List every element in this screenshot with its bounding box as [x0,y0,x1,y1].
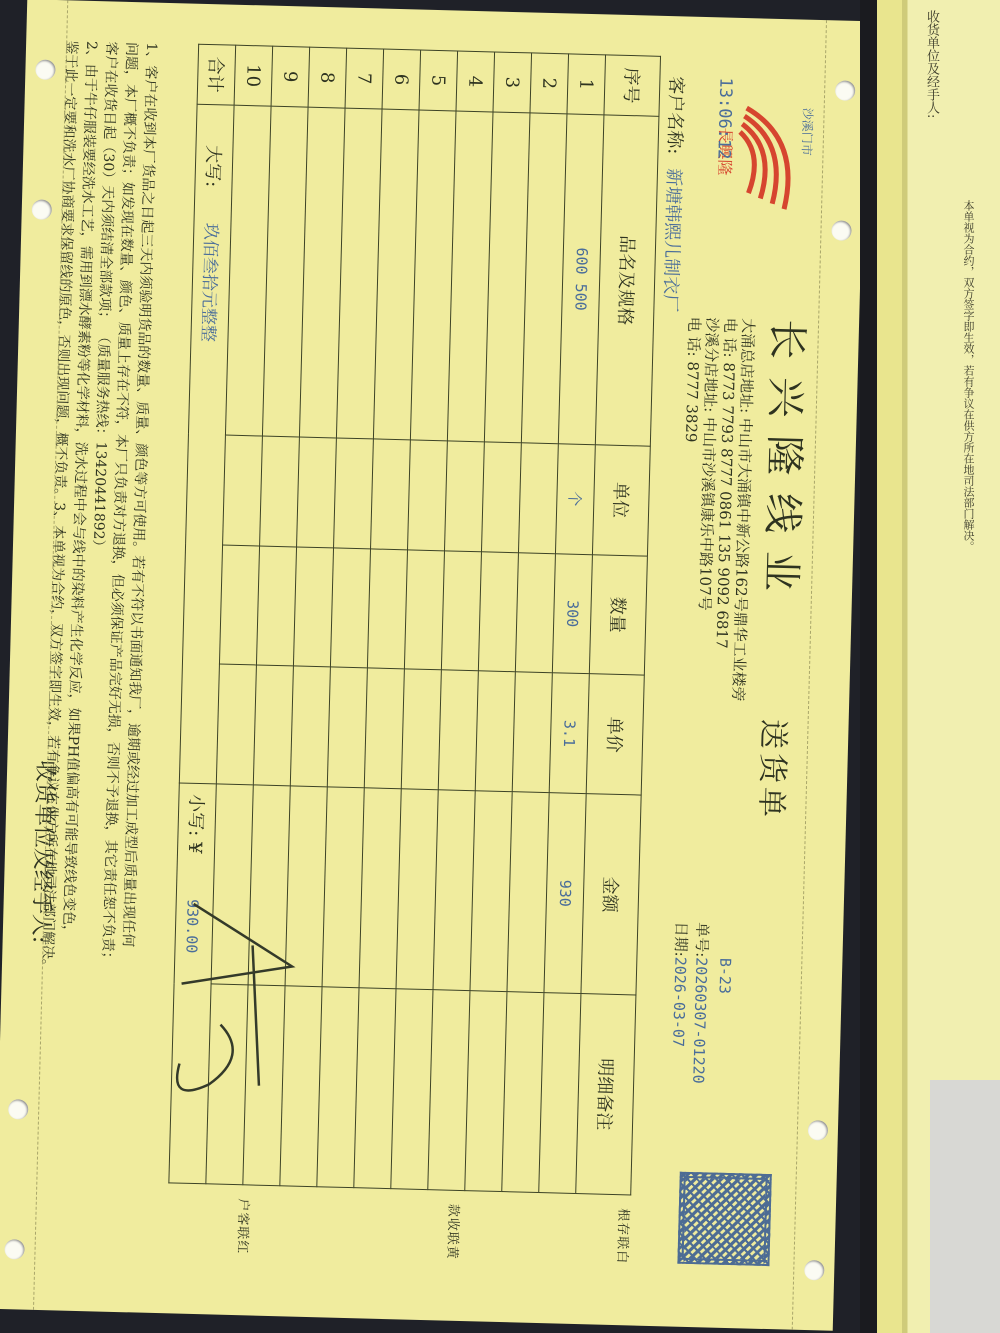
copy-white: 白联存根 [616,1205,630,1261]
header-price: 单价 [586,674,644,795]
total-label: 合计 [197,44,236,105]
handwritten-signature [148,883,314,1127]
stack-signer-label: 收货单位及经手人: [922,10,941,118]
delivery-note: 沙溪门市 長興隆 13:06:12 长兴隆线业 送货单 大涌总店地址: 中山市大… [0,0,860,1331]
hole-icon [831,220,852,241]
branch-store-phone: 电 话: 8777 3829 [681,317,705,443]
item-qty: 300 [552,553,592,674]
copy-yellow: 黄联收款 [447,1201,461,1257]
copy-red: 红联客户 [237,1195,251,1251]
total-uppercase-value: 玖佰叁拾元整整 [197,223,220,342]
qr-code-icon [677,1172,771,1266]
item-note [539,993,581,1194]
customer-name: 新塘韩熙儿制衣厂 [659,168,684,313]
company-name: 长兴隆线业 [755,319,820,610]
header-amount: 金额 [581,794,641,995]
hole-icon [8,1099,29,1120]
header-spec: 品名及规格 [595,115,659,446]
item-price: 3.1 [549,673,589,794]
customer-label: 客户名称: [663,76,686,155]
delivery-note-photo: 沙溪门市 長興隆 13:06:12 长兴隆线业 送货单 大涌总店地址: 中山市大… [0,0,860,1333]
header-no: 序号 [604,55,661,116]
hole-icon [804,1260,825,1281]
header-qty: 数量 [589,554,647,675]
hole-icon [32,199,53,220]
hole-icon [4,1239,25,1260]
hole-icon [35,59,56,80]
sequence-code: B-23 [715,958,734,995]
order-no: 20260307-01220 [689,957,710,1084]
date-value: 2026-03-07 [669,956,689,1047]
background-paper [930,1080,1000,1333]
customer-row: 客户名称:新塘韩熙儿制衣厂 [658,76,690,313]
date-label: 日期: [671,921,690,957]
order-no-label: 单号: [692,922,711,958]
item-amount: 930 [544,793,586,994]
print-time: 13:06:12 [713,77,735,159]
hole-icon [808,1120,829,1141]
header-note: 明细备注 [576,994,636,1195]
stack-terms-text: 本单视为合约，双方签字即生效，若有争议在供方所在地司法部门解决。 [960,200,976,552]
item-unit: 个 [555,443,595,554]
document-title: 送货单 [752,719,799,822]
order-info: 单号:20260307-01220 日期:2026-03-07 [667,921,713,1084]
hole-icon [835,80,856,101]
header-unit: 单位 [592,444,650,555]
